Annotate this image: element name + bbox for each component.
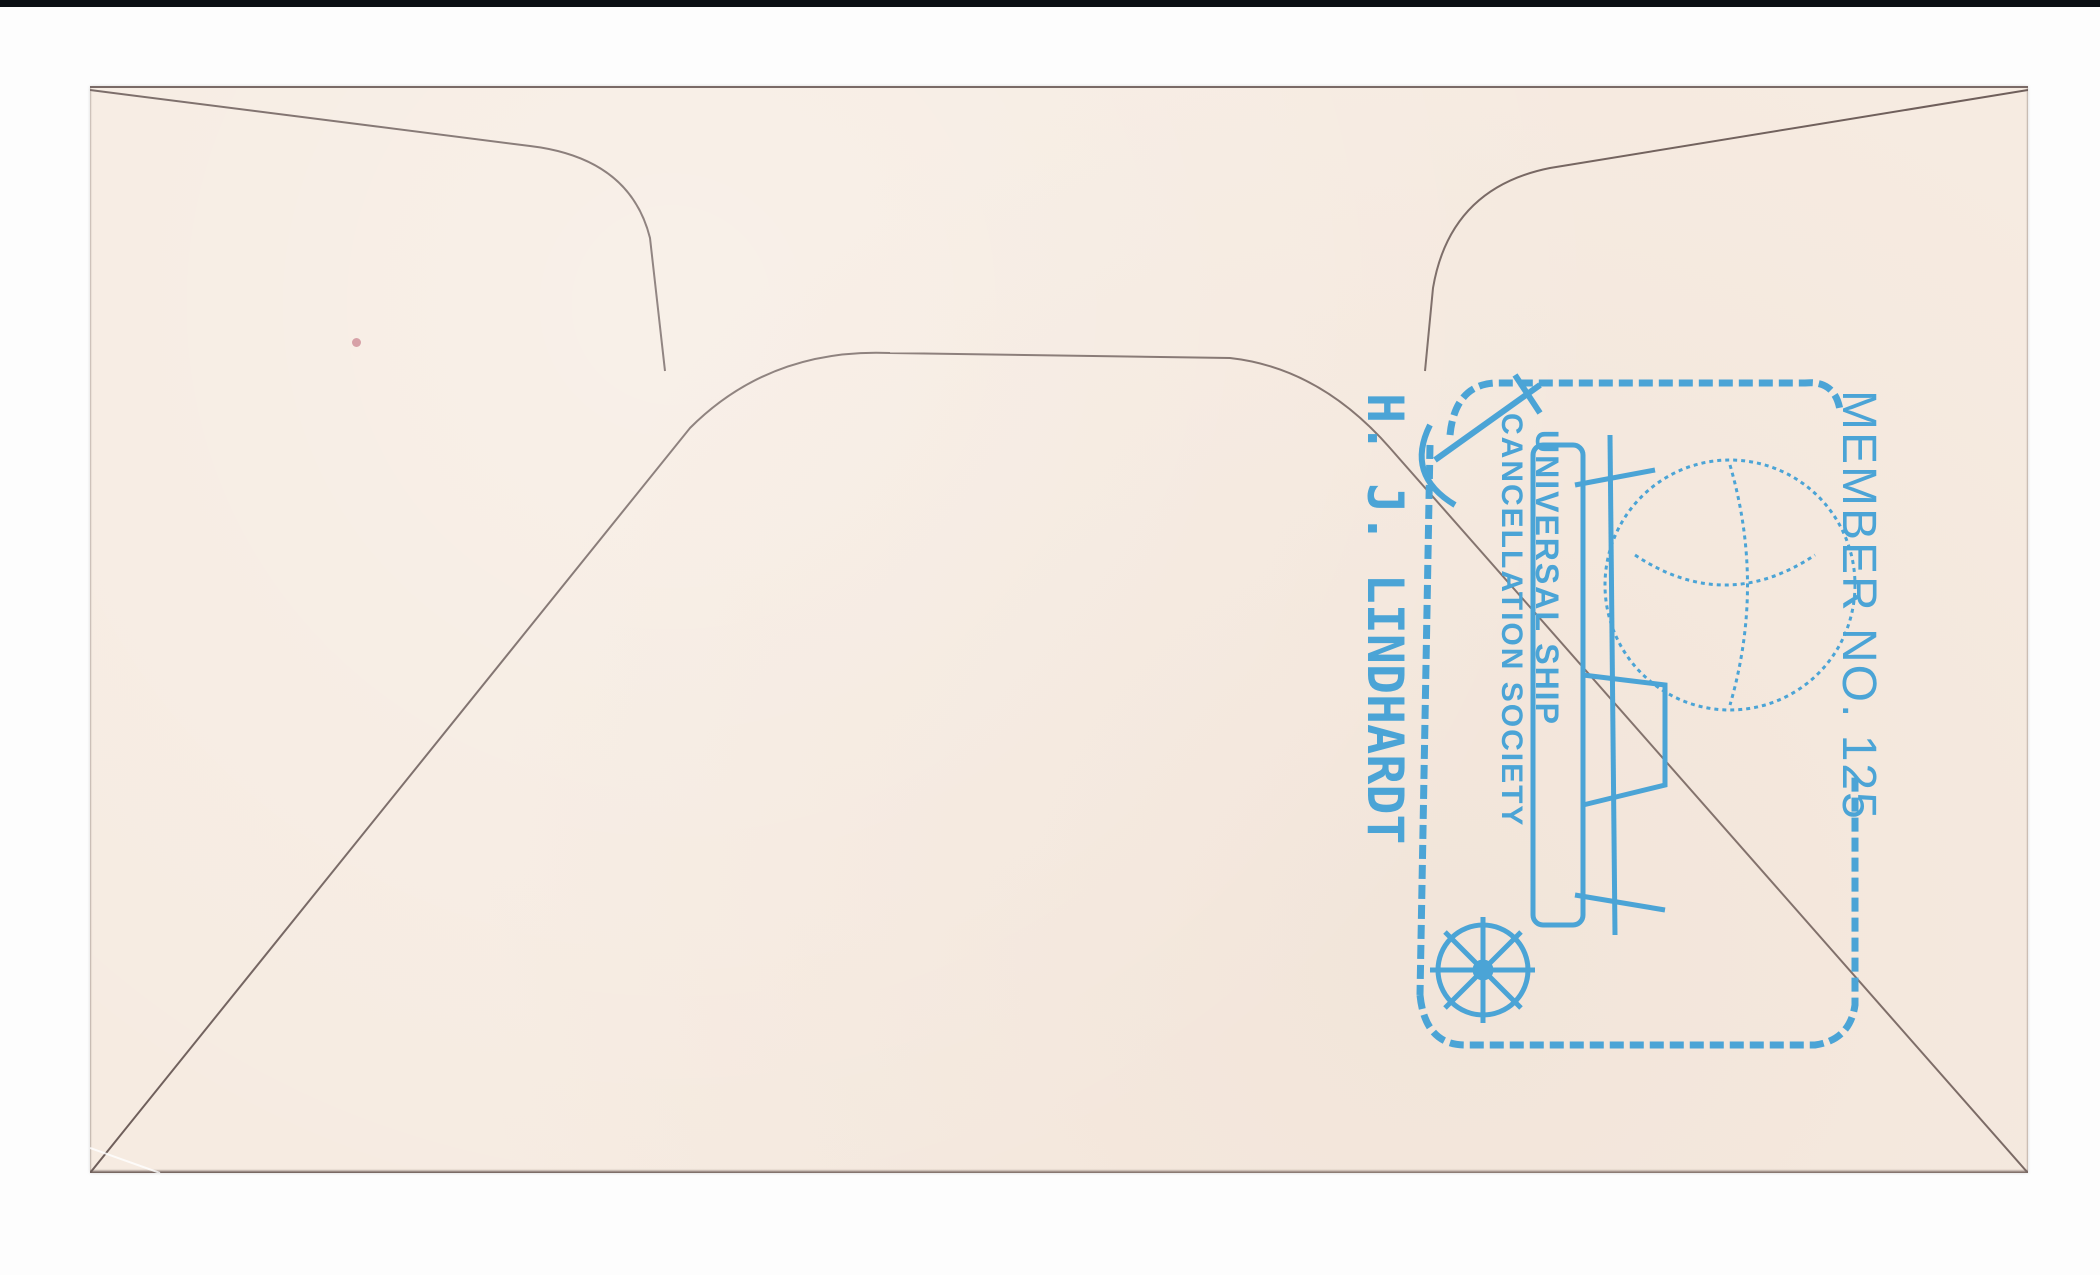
ships-wheel-icon [1430,917,1535,1023]
scanner-edge [0,0,2100,7]
society-name-line1: UNIVERSAL SHIP [1528,430,1565,726]
globe-icon [1605,460,1855,710]
ink-dot [352,338,361,347]
owner-name-text: H. J. LINDHARDT [1356,393,1414,845]
society-name-line2: CANCELLATION SOCIETY [1494,413,1528,827]
member-number-text: MEMBER NO. 125 [1831,390,1886,821]
